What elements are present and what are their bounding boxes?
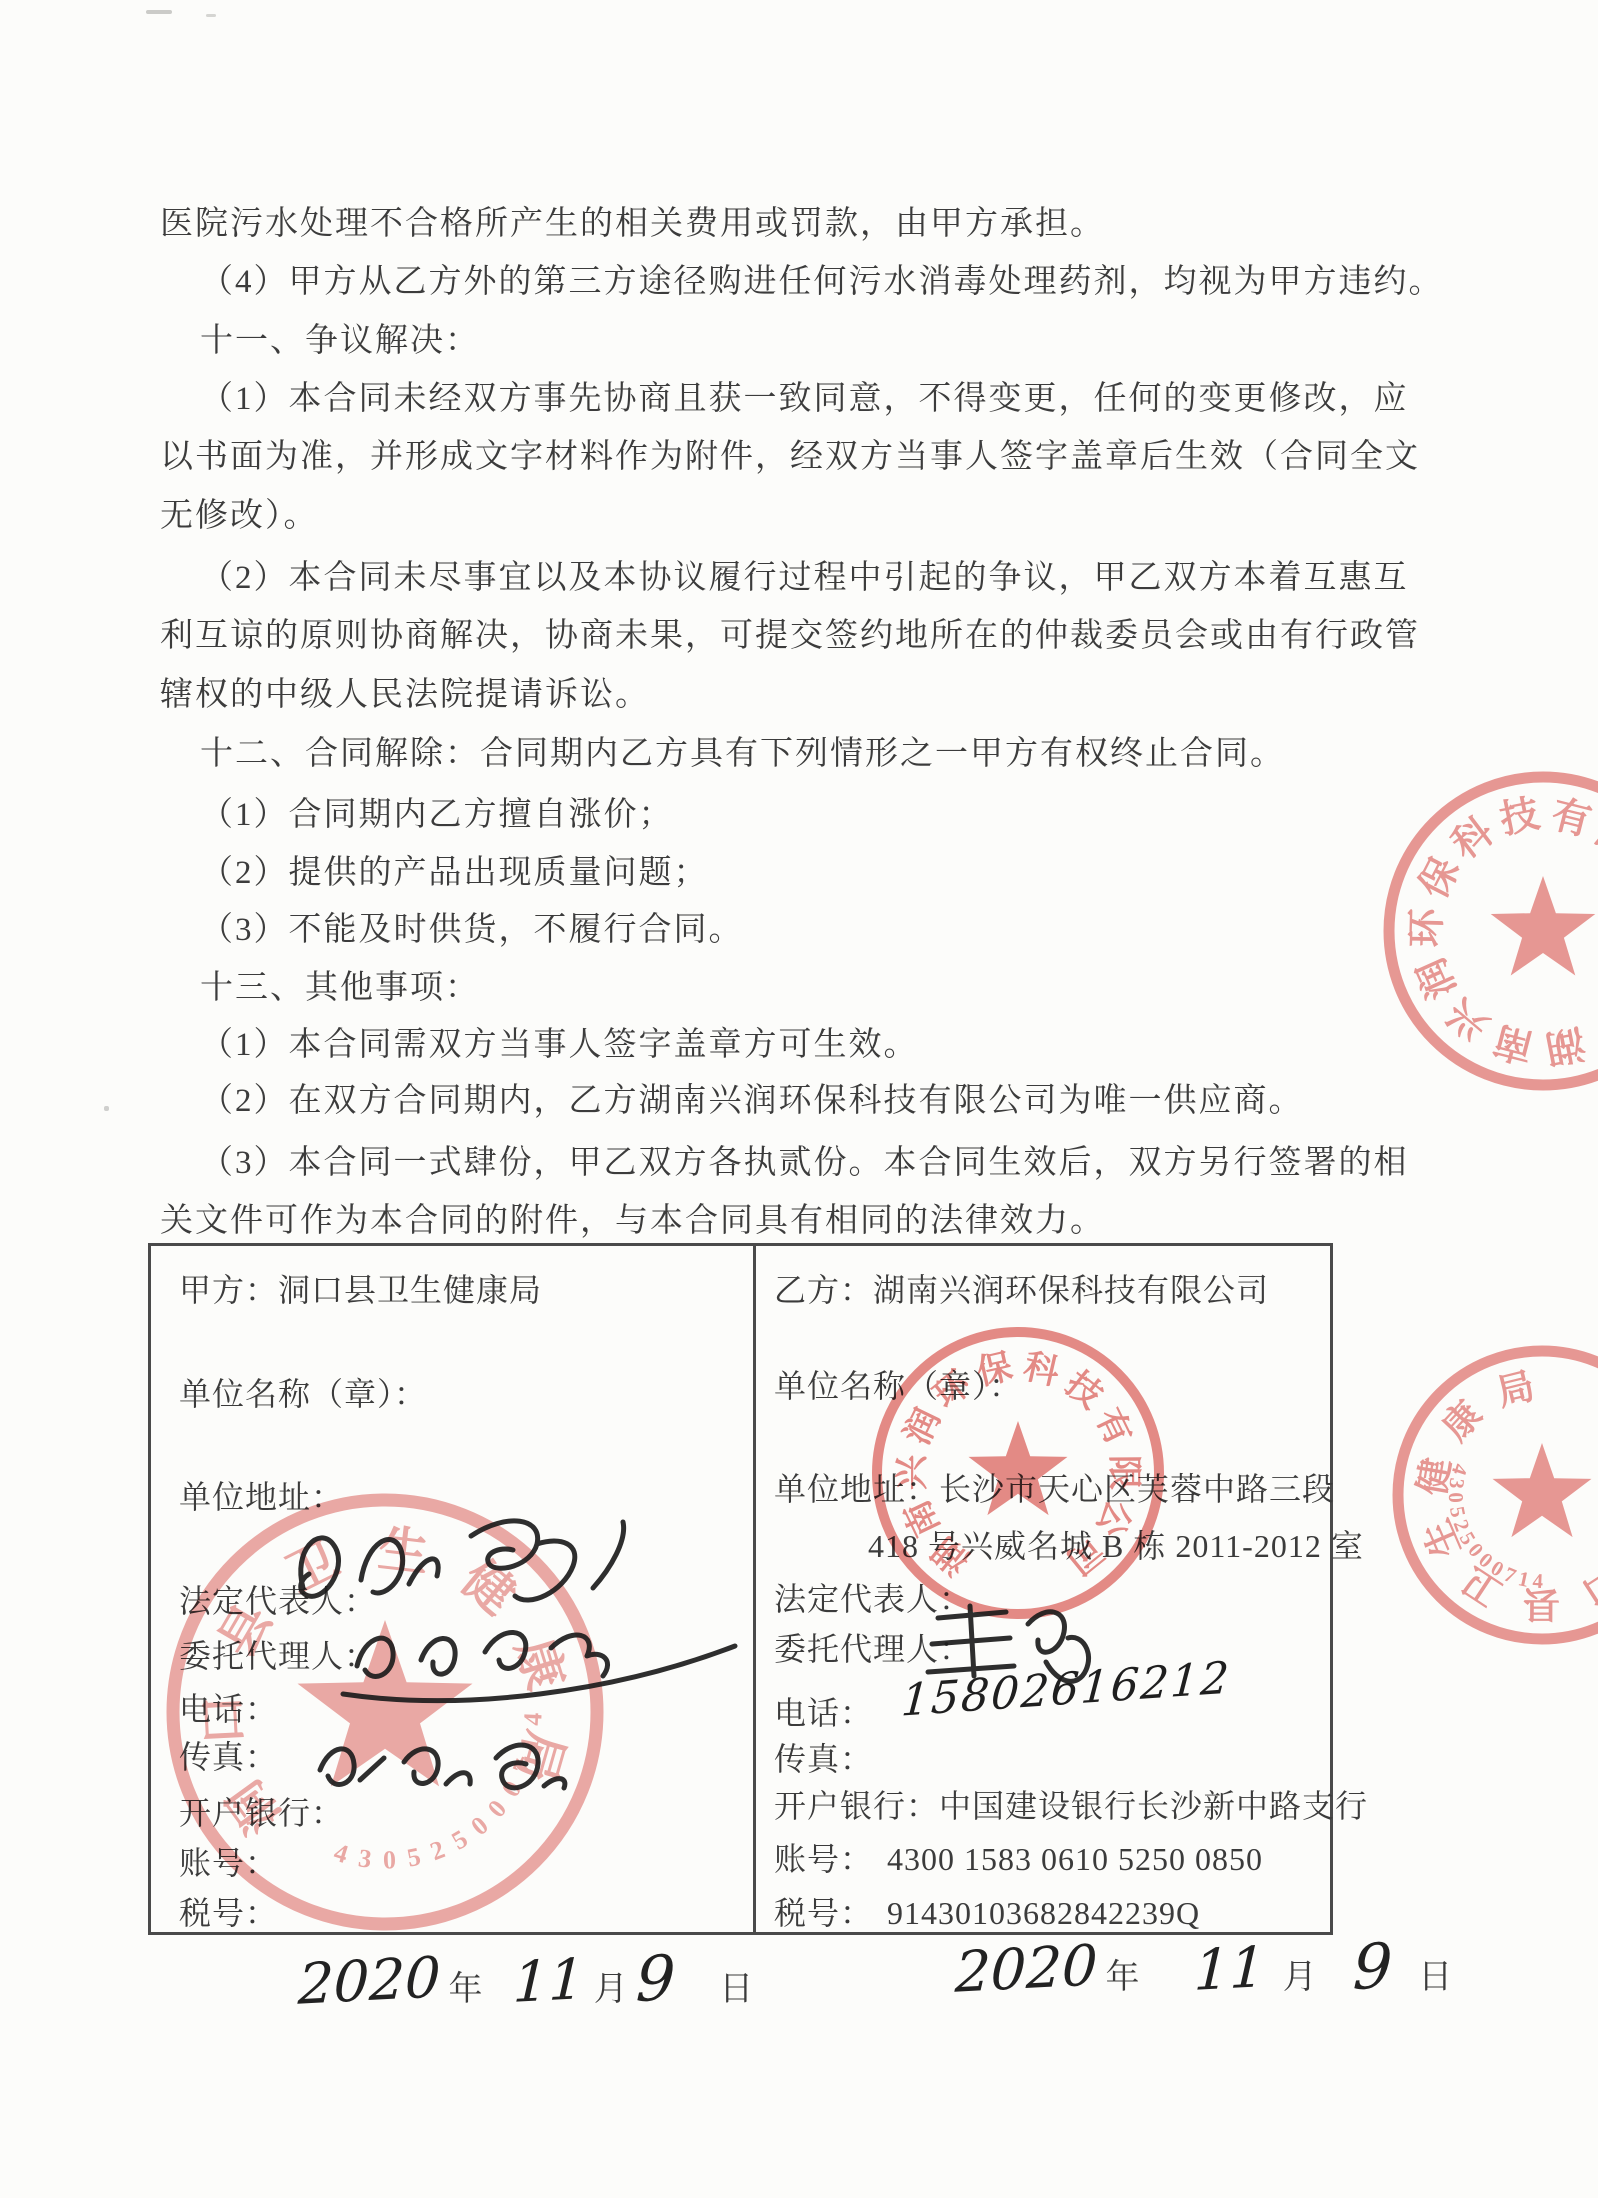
svg-text:4: 4: [1447, 1461, 1473, 1479]
party-a-agent-label: 委托代理人：: [179, 1631, 377, 1677]
svg-text:口: 口: [1574, 1558, 1598, 1613]
svg-text:有: 有: [1547, 793, 1595, 844]
body-line: 无修改）。: [160, 489, 319, 536]
party-b-address-label: 单位地址：: [774, 1471, 939, 1507]
svg-text:环: 环: [1405, 907, 1449, 948]
body-line: 辖权的中级人民法院提请诉讼。: [160, 668, 650, 715]
party-a-date-year: 2020: [297, 1950, 441, 2014]
party-b-cell: 乙方：湖南兴润环保科技有限公司 单位名称（章）： 单位地址：长沙市天心区芙蓉中路…: [753, 1246, 1333, 1932]
body-line: （2）本合同未尽事宜以及本协议履行过程中引起的争议，甲乙双方本着互惠互: [200, 551, 1409, 598]
party-a-phone-label: 电话：: [179, 1684, 278, 1730]
party-a-edge-seal: 洞口县卫生健康局430525000714: [1390, 1343, 1598, 1647]
body-line: （1）合同期内乙方擅自涨价；: [200, 788, 674, 835]
party-a-date: 2020年11月9日: [298, 1942, 753, 2015]
body-line: （4）甲方从乙方外的第三方途径购进任何污水消毒处理药剂，均视为甲方违约。: [200, 255, 1444, 302]
svg-text:局: 局: [1493, 1366, 1539, 1415]
body-line: 利互谅的原则协商解决，协商未果，可提交签约地所在的仲裁委员会或由有行政管: [160, 609, 1420, 656]
party-b-date: 2020年11月9日: [955, 1930, 1452, 2003]
month-unit: 月: [1283, 1949, 1317, 1998]
day-unit: 日: [1418, 1949, 1452, 1998]
party-b-bank-value: 中国建设银行长沙新中路支行: [939, 1788, 1368, 1824]
party-a-tax-label: 税号：: [179, 1888, 278, 1934]
party-b-legal-rep-label: 法定代表人：: [774, 1574, 972, 1620]
svg-text:生: 生: [1416, 1513, 1469, 1564]
body-line: （1）本合同需双方当事人签字盖章方可生效。: [200, 1018, 919, 1065]
svg-text:0: 0: [1463, 1538, 1488, 1561]
body-line: （2）在双方合同期内，乙方湖南兴润环保科技有限公司为唯一供应商。: [200, 1074, 1304, 1121]
party-b-tax-value: 91430103682842239Q: [887, 1895, 1200, 1931]
svg-text:县: 县: [1523, 1582, 1560, 1624]
svg-text:0: 0: [1487, 1556, 1508, 1582]
scan-speck: [104, 1106, 109, 1111]
svg-text:润: 润: [1410, 952, 1465, 1005]
section-heading-11: 十一、争议解决：: [200, 314, 480, 361]
svg-text:南: 南: [1489, 1017, 1538, 1068]
year-unit: 年: [449, 1961, 483, 2010]
svg-text:7: 7: [1501, 1562, 1520, 1588]
svg-text:5: 5: [1455, 1528, 1481, 1549]
party-a-title: 甲方：洞口县卫生健康局: [179, 1265, 542, 1311]
party-b-date-year: 2020: [954, 1938, 1098, 2002]
svg-text:1: 1: [1516, 1566, 1531, 1592]
party-b-tax-label: 税号：: [774, 1895, 873, 1931]
party-a-account-label: 账号：: [179, 1838, 278, 1884]
svg-text:保: 保: [1412, 851, 1468, 905]
svg-text:康: 康: [1434, 1393, 1491, 1449]
party-b-bank-row: 开户银行：中国建设银行长沙新中路支行: [774, 1781, 1368, 1827]
party-b-address-line2: 418 号兴威名城 B 栋 2011-2012 室: [868, 1521, 1364, 1567]
svg-text:限: 限: [1588, 813, 1598, 871]
contract-scan-page: 医院污水处理不合格所产生的相关费用或罚款，由甲方承担。 （4）甲方从乙方外的第三…: [0, 0, 1598, 2198]
party-a-fax-label: 传真：: [179, 1732, 278, 1778]
svg-text:4: 4: [1532, 1569, 1544, 1594]
svg-text:湖: 湖: [1542, 1020, 1589, 1070]
body-line: （3）不能及时供货，不履行合同。: [200, 903, 744, 950]
svg-text:2: 2: [1449, 1516, 1475, 1534]
svg-text:技: 技: [1496, 792, 1543, 842]
party-a-address-label: 单位地址：: [179, 1472, 344, 1518]
party-a-legal-rep-label: 法定代表人：: [179, 1576, 377, 1622]
year-unit: 年: [1106, 1949, 1140, 1998]
party-b-edge-seal: 湖南兴润环保科技有限公司: [1380, 768, 1598, 1094]
body-line: （1）本合同未经双方事先协商且获一致同意，不得变更，任何的变更修改，应: [200, 372, 1409, 419]
section-heading-13: 十三、其他事项：: [200, 961, 480, 1008]
section-heading-12: 十二、合同解除：合同期内乙方具有下列情形之一甲方有权终止合同。: [200, 727, 1285, 774]
party-b-address-line1: 长沙市天心区芙蓉中路三段: [939, 1471, 1335, 1507]
party-b-unit-name-label: 单位名称（章）：: [774, 1361, 1022, 1407]
day-unit: 日: [719, 1961, 753, 2010]
body-line: 关文件可作为本合同的附件，与本合同具有相同的法律效力。: [160, 1194, 1105, 1241]
party-b-account-value: 4300 1583 0610 5250 0850: [887, 1841, 1263, 1877]
body-line: （3）本合同一式肆份，甲乙双方各执贰份。本合同生效后，双方另行签署的相: [200, 1136, 1409, 1183]
svg-text:兴: 兴: [1438, 990, 1496, 1049]
svg-text:科: 科: [1444, 810, 1501, 868]
month-unit: 月: [594, 1961, 628, 2010]
party-b-bank-label: 开户银行：: [774, 1788, 939, 1824]
scan-speck: [146, 10, 172, 14]
party-b-fax-label: 传真：: [774, 1734, 873, 1780]
svg-text:0: 0: [1444, 1492, 1468, 1503]
party-b-date-month: 11: [1193, 1940, 1266, 2000]
body-line: 医院污水处理不合格所产生的相关费用或罚款，由甲方承担。: [160, 197, 1105, 244]
body-line: （2）提供的产品出现质量问题；: [200, 846, 709, 893]
party-b-tax-row: 税号：91430103682842239Q: [774, 1888, 1200, 1934]
party-b-account-label: 账号：: [774, 1841, 873, 1877]
svg-text:5: 5: [1445, 1504, 1471, 1519]
svg-text:0: 0: [1474, 1548, 1498, 1573]
party-a-bank-label: 开户银行：: [179, 1788, 344, 1834]
party-b-phone-label: 电话：: [774, 1688, 873, 1734]
svg-text:3: 3: [1444, 1477, 1469, 1491]
svg-text:卫: 卫: [1456, 1558, 1509, 1613]
party-a-date-month: 11: [512, 1952, 585, 2012]
party-b-account-row: 账号：4300 1583 0610 5250 0850: [774, 1834, 1263, 1880]
party-a-unit-name-label: 单位名称（章）：: [179, 1369, 427, 1415]
party-b-address-row: 单位地址：长沙市天心区芙蓉中路三段: [774, 1464, 1335, 1510]
party-a-cell: 甲方：洞口县卫生健康局 单位名称（章）： 单位地址： 法定代表人： 委托代理人：…: [151, 1246, 753, 1932]
svg-text:健: 健: [1411, 1455, 1459, 1499]
body-line: 以书面为准，并形成文字材料作为附件，经双方当事人签字盖章后生效（合同全文: [160, 430, 1420, 477]
signature-table: 甲方：洞口县卫生健康局 单位名称（章）： 单位地址： 法定代表人： 委托代理人：…: [148, 1243, 1333, 1935]
party-b-date-day: 9: [1352, 1929, 1394, 2004]
party-b-title: 乙方：湖南兴润环保科技有限公司: [774, 1265, 1269, 1311]
scan-speck: [206, 14, 216, 17]
party-a-date-day: 9: [635, 1941, 677, 2016]
party-b-agent-label: 委托代理人：: [774, 1624, 972, 1670]
